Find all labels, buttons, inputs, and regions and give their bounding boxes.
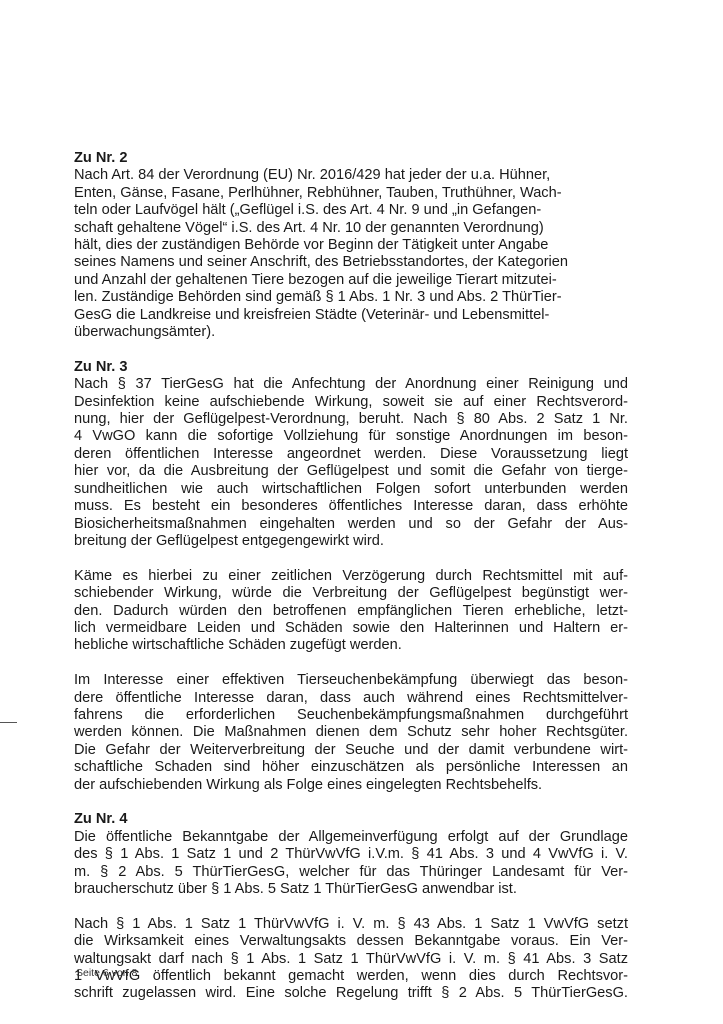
text-line: braucherschutz über § 1 Abs. 5 Satz 1 Th…: [74, 881, 634, 898]
text-line: waltungsakt darf nach § 1 Abs. 1 Satz 1 …: [74, 951, 628, 968]
spacer: [74, 794, 634, 811]
text-line: die Wirksamkeit eines Verwaltungsakts de…: [74, 933, 628, 950]
section-heading: Zu Nr. 2: [74, 150, 634, 167]
paragraph: Nach § 37 TierGesG hat die Anfechtung de…: [74, 376, 634, 550]
section: Zu Nr. 3Nach § 37 TierGesG hat die Anfec…: [74, 359, 634, 794]
text-line: len. Zuständige Behörden sind gemäß § 1 …: [74, 289, 634, 306]
document-body: Zu Nr. 2Nach Art. 84 der Verordnung (EU)…: [74, 150, 634, 1003]
text-line: seines Namens und seiner Anschrift, des …: [74, 254, 634, 271]
section: Zu Nr. 2Nach Art. 84 der Verordnung (EU)…: [74, 150, 634, 341]
text-line: und Anzahl der gehaltenen Tiere bezogen …: [74, 272, 634, 289]
text-line: lich vermeidbare Leiden und Schäden sowi…: [74, 620, 628, 637]
text-line: nung, hier der Geflügelpest-Verordnung, …: [74, 411, 628, 428]
spacer: [74, 898, 634, 915]
text-line: GesG die Landkreise und kreisfreien Städ…: [74, 307, 634, 324]
text-line: breitung der Geflügelpest entgegengewirk…: [74, 533, 634, 550]
section-heading: Zu Nr. 3: [74, 359, 634, 376]
text-line: deren öffentlichen Interesse angeordnet …: [74, 446, 628, 463]
text-line: Nach § 37 TierGesG hat die Anfechtung de…: [74, 376, 628, 393]
text-line: der aufschiebenden Wirkung als Folge ein…: [74, 777, 634, 794]
section-heading: Zu Nr. 4: [74, 811, 634, 828]
text-line: 4 VwGO kann die sofortige Vollziehung fü…: [74, 428, 628, 445]
text-line: muss. Es besteht ein besonderes öffentli…: [74, 498, 628, 515]
paragraph: Nach Art. 84 der Verordnung (EU) Nr. 201…: [74, 167, 634, 341]
paragraph: Käme es hierbei zu einer zeitlichen Verz…: [74, 568, 634, 655]
text-line: Die Gefahr der Weiterverbreitung der Seu…: [74, 742, 628, 759]
text-line: Die öffentliche Bekanntgabe der Allgemei…: [74, 829, 628, 846]
text-line: Im Interesse einer effektiven Tierseuche…: [74, 672, 628, 689]
text-line: werden können. Die Maßnahmen dienen dem …: [74, 724, 628, 741]
paragraph: Die öffentliche Bekanntgabe der Allgemei…: [74, 829, 634, 899]
text-line: fahrens die erforderlichen Seuchenbekämp…: [74, 707, 628, 724]
spacer: [74, 655, 634, 672]
fold-mark: [0, 722, 17, 723]
text-line: Käme es hierbei zu einer zeitlichen Verz…: [74, 568, 628, 585]
paragraph: Nach § 1 Abs. 1 Satz 1 ThürVwVfG i. V. m…: [74, 916, 634, 1003]
text-line: Enten, Gänse, Fasane, Perlhühner, Rebhüh…: [74, 185, 634, 202]
section: Zu Nr. 4Die öffentliche Bekanntgabe der …: [74, 811, 634, 1002]
text-line: Desinfektion keine aufschiebende Wirkung…: [74, 394, 628, 411]
page-number: Seite 6 von 8: [76, 967, 137, 979]
text-line: schaftliche Schaden sind höher einzuschä…: [74, 759, 628, 776]
text-line: schaft gehaltene Vögel“ i.S. des Art. 4 …: [74, 220, 634, 237]
text-line: schiebender Wirkung, würde die Verbreitu…: [74, 585, 628, 602]
text-line: Nach § 1 Abs. 1 Satz 1 ThürVwVfG i. V. m…: [74, 916, 628, 933]
paragraph: Im Interesse einer effektiven Tierseuche…: [74, 672, 634, 794]
text-line: schrift zugelassen wird. Eine solche Reg…: [74, 985, 628, 1002]
text-line: überwachungsämter).: [74, 324, 634, 341]
text-line: den. Dadurch würden den betroffenen empf…: [74, 603, 628, 620]
text-line: hebliche wirtschaftliche Schäden zugefüg…: [74, 637, 634, 654]
text-line: dere öffentliche Interesse daran, dass a…: [74, 690, 628, 707]
text-line: hier vor, da die Ausbreitung der Geflüge…: [74, 463, 628, 480]
text-line: hält, dies der zuständigen Behörde vor B…: [74, 237, 634, 254]
text-line: m. § 2 Abs. 5 ThürTierGesG, welcher für …: [74, 864, 628, 881]
spacer: [74, 550, 634, 567]
text-line: 1 VwVfG öffentlich bekannt gemacht werde…: [74, 968, 628, 985]
text-line: des § 1 Abs. 1 Satz 1 und 2 ThürVwVfG i.…: [74, 846, 628, 863]
spacer: [74, 341, 634, 358]
text-line: sundheitlichen wie auch wirtschaftlichen…: [74, 481, 628, 498]
text-line: Nach Art. 84 der Verordnung (EU) Nr. 201…: [74, 167, 634, 184]
text-line: Biosicherheitsmaßnahmen eingehalten werd…: [74, 516, 628, 533]
text-line: teln oder Laufvögel hält („Geflügel i.S.…: [74, 202, 634, 219]
